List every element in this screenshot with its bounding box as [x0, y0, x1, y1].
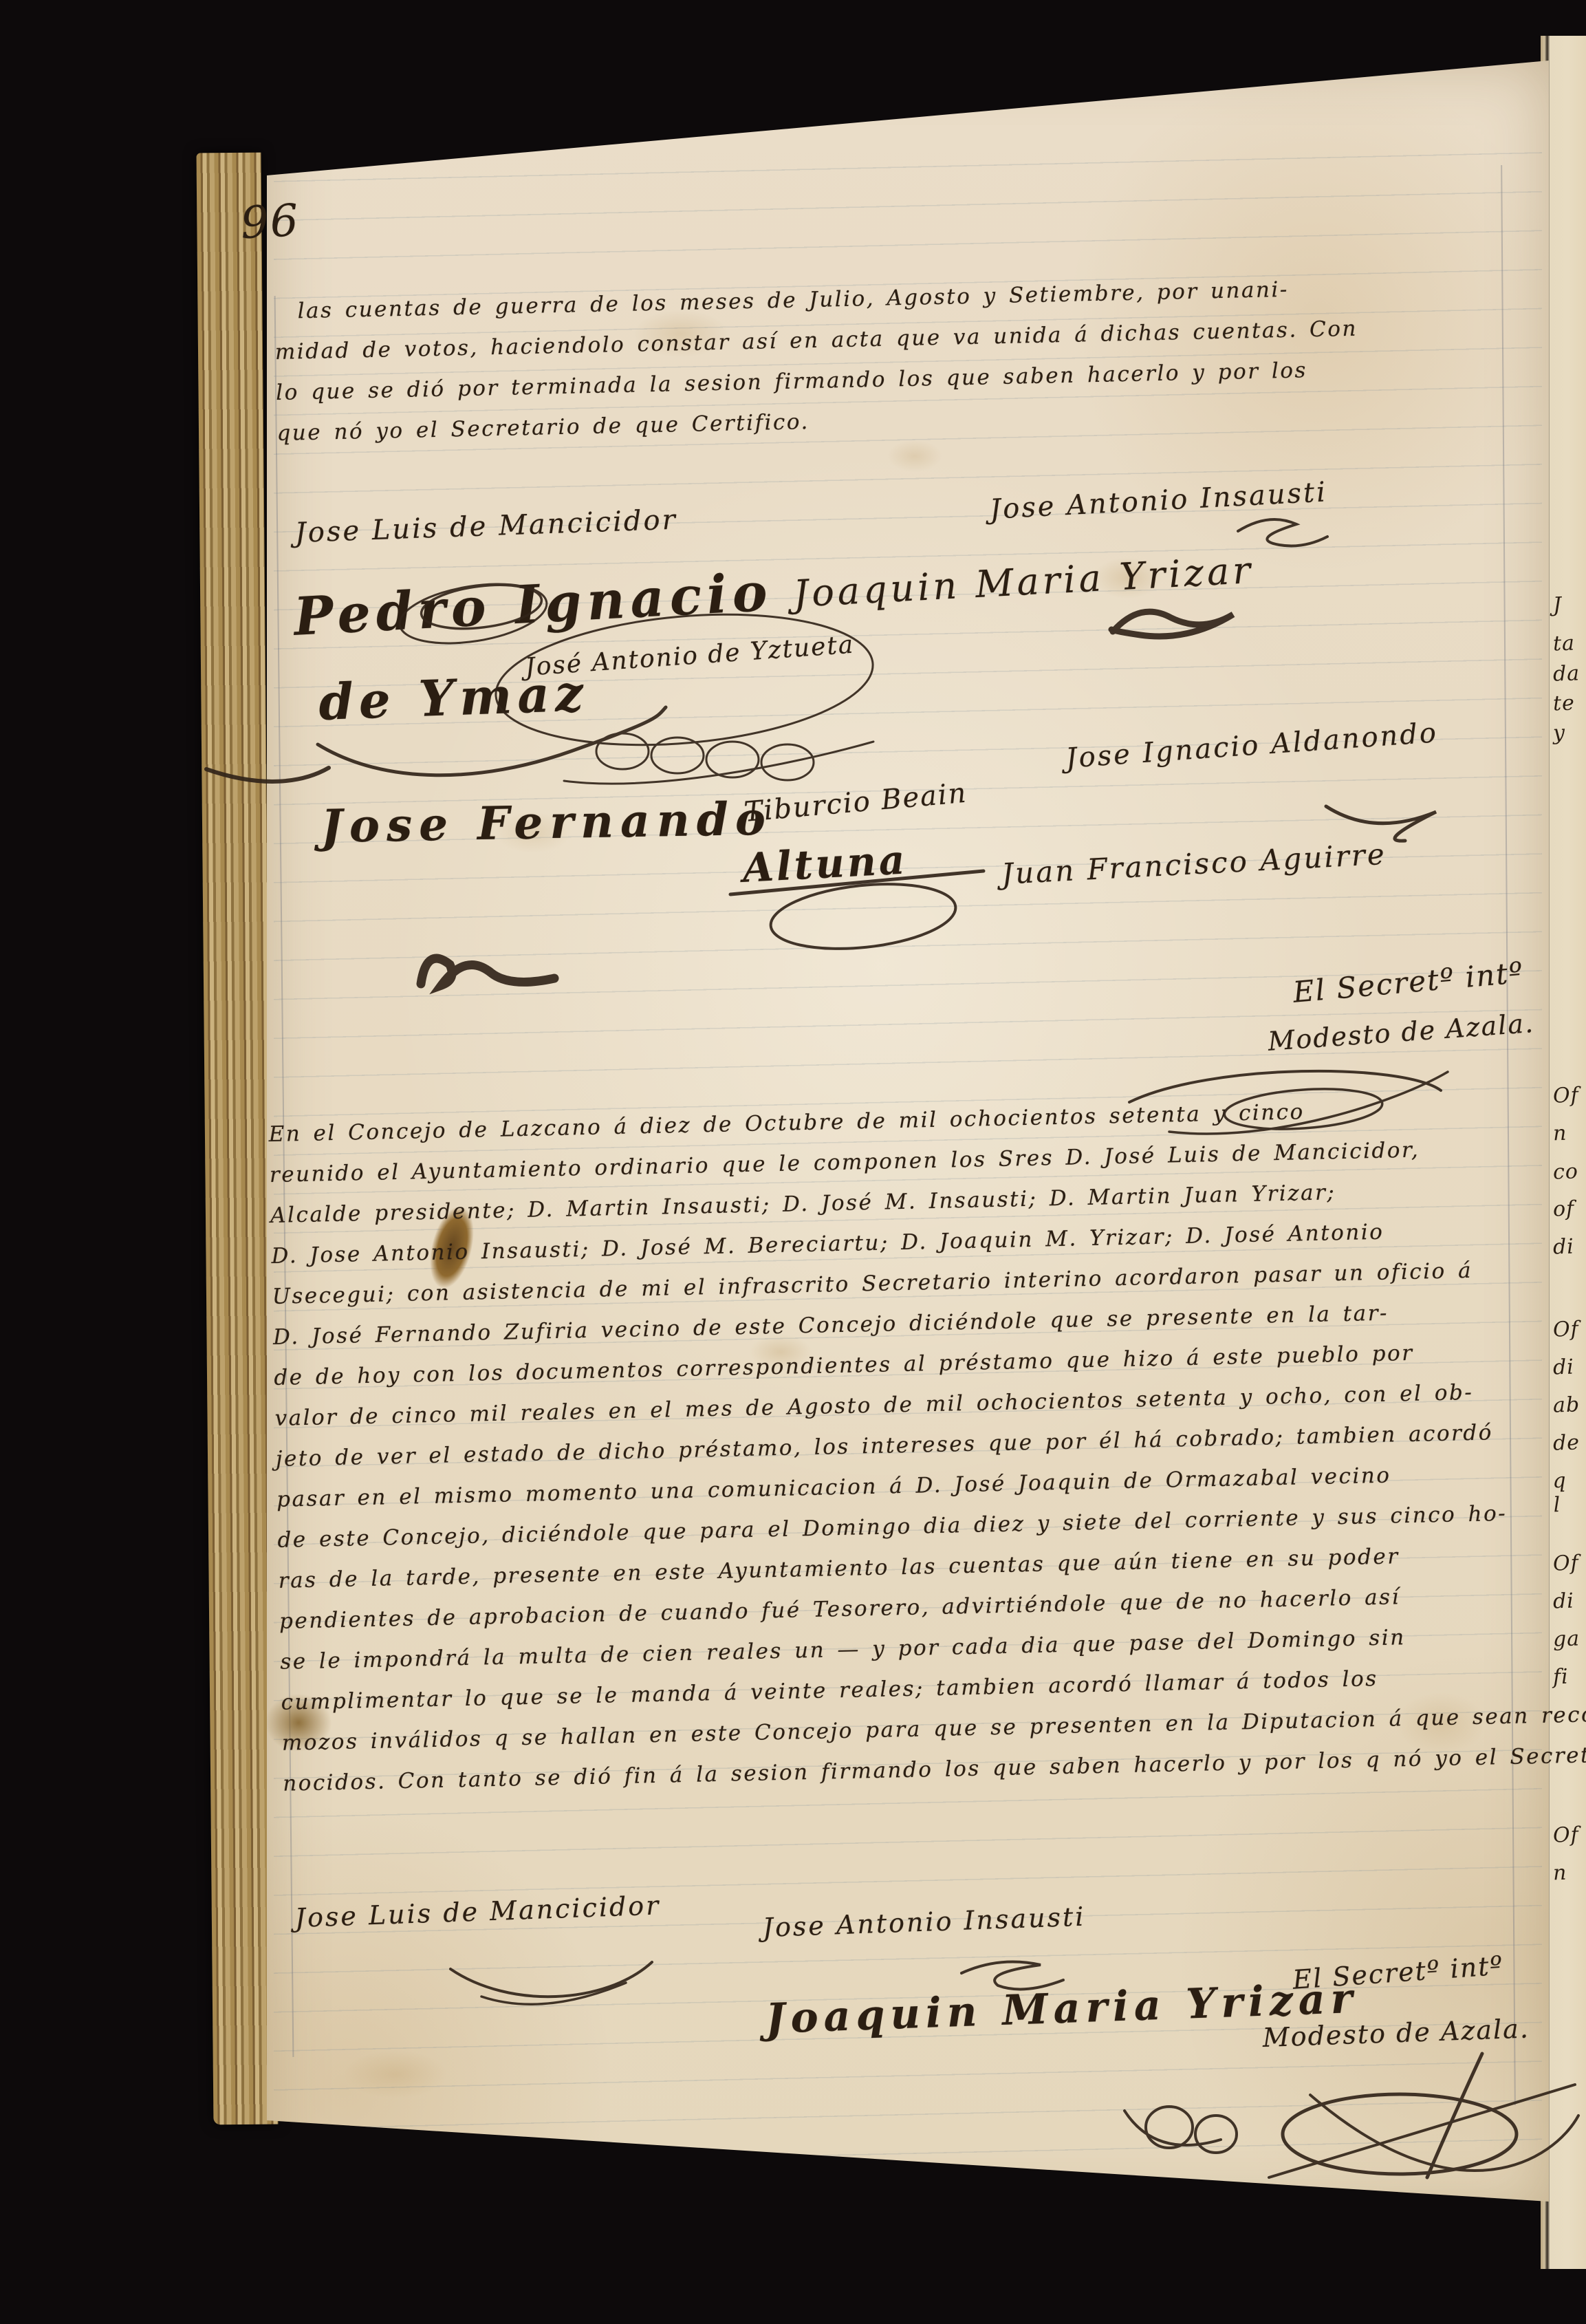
facing-page-text-fragment: y — [1552, 721, 1565, 746]
page-stack-edge — [196, 153, 278, 2125]
facing-page-text-fragment: Of — [1552, 1083, 1579, 1108]
facing-page-text-fragment: de — [1552, 1430, 1580, 1455]
facing-page-text-fragment: fi — [1552, 1665, 1569, 1690]
facing-page-text-fragment: di — [1552, 1355, 1574, 1379]
facing-page-text-fragment: ab — [1552, 1392, 1580, 1417]
facing-page-text-fragment: ta — [1552, 631, 1575, 656]
facing-page-text-fragment: of — [1552, 1196, 1574, 1221]
closing-paragraph: las cuentas de guerra de los meses de Ju… — [274, 268, 1360, 454]
facing-page-text-fragment: Of — [1552, 1551, 1579, 1575]
facing-page-text-fragment: Of — [1552, 1822, 1579, 1847]
facing-page-text-fragment: co — [1552, 1159, 1578, 1184]
facing-page-text-fragment: di — [1552, 1589, 1574, 1613]
signature-jose-fernando: Jose Fernando — [321, 792, 773, 853]
page-number: 96 — [239, 195, 301, 249]
facing-page-text-fragment: te — [1552, 691, 1575, 716]
facing-page-text-fragment: n — [1552, 1861, 1567, 1886]
facing-page-text-fragment: n — [1552, 1121, 1567, 1146]
scan-canvas: { "colors": { "background": "#0d0a0b", "… — [0, 0, 1586, 2324]
facing-page-text-fragment: q l — [1552, 1469, 1568, 1518]
facing-page-text-fragment: di — [1552, 1234, 1574, 1259]
minutes-paragraph: En el Concejo de Lazcano á diez de Octub… — [268, 1085, 1586, 1805]
facing-page-text-fragment: J — [1552, 593, 1562, 617]
facing-page-text-fragment: da — [1552, 661, 1580, 686]
signature-altuna: Altuna — [741, 836, 909, 891]
facing-page-text-fragment: ga — [1552, 1626, 1580, 1651]
facing-page-text-fragment: Of — [1552, 1317, 1579, 1342]
